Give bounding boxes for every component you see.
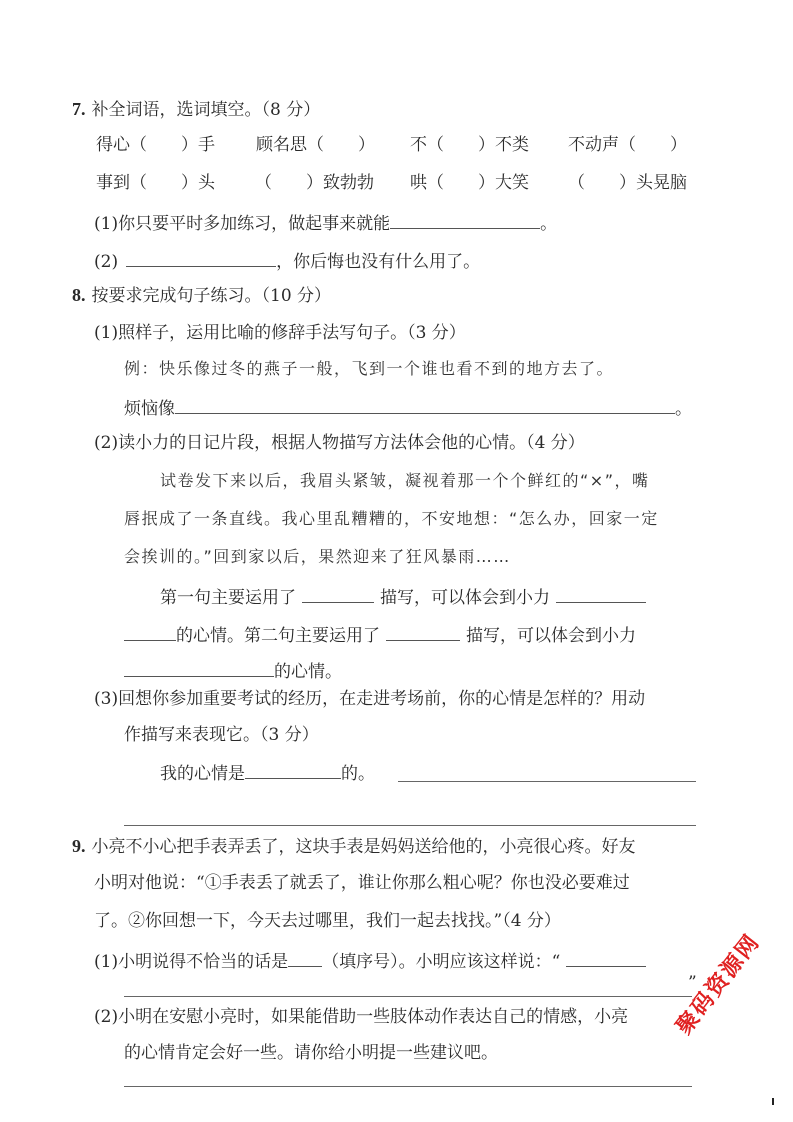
- part-text: (1)小明说得不恰当的话是: [94, 952, 288, 972]
- fill-text: 第一句主要运用了: [160, 588, 296, 608]
- q8-fill-line-1: 第一句主要运用了描写，可以体会到小力: [160, 584, 646, 609]
- q9-part2-line-1: (2)小明在安慰小亮时，如果能借助一些肢体动作表达自己的情感，小亮: [94, 1006, 628, 1028]
- idiom-blank[interactable]: （ ）头晃脑: [568, 172, 687, 194]
- answer-blank[interactable]: [566, 948, 646, 967]
- answer-blank[interactable]: [556, 584, 646, 603]
- idiom-blank[interactable]: 不动声（ ）: [568, 134, 687, 156]
- sentence-label: (2): [94, 252, 118, 272]
- answer-line[interactable]: [398, 781, 696, 782]
- fill-text: 描写，可以体会到小力: [466, 626, 636, 646]
- watermark: 聚码资源网: [668, 926, 766, 1040]
- idiom-blank[interactable]: （ ）致勃勃: [255, 172, 374, 194]
- answer-line[interactable]: [124, 1086, 692, 1087]
- page-mark: [772, 1098, 774, 1105]
- passage-line: 会挨训的。”回到家以后，果然迎来了狂风暴雨……: [124, 546, 511, 568]
- question-number: 7.: [72, 99, 86, 119]
- sentence-text: (1)你只要平时多加练习，做起事来就能: [94, 214, 390, 234]
- sentence-end: 。: [675, 399, 692, 419]
- q8-part3-title-2: 作描写来表现它。（3 分）: [124, 724, 319, 746]
- fill-text: 的心情。: [274, 662, 342, 682]
- question-title: 补全词语，选词填空。（8 分）: [92, 100, 321, 120]
- part-text: （填序号）。小明应该这样说：“: [322, 952, 560, 972]
- q7-heading: 7.补全词语，选词填空。（8 分）: [72, 98, 320, 121]
- q7-sentence-1: (1)你只要平时多加练习，做起事来就能。: [94, 210, 557, 235]
- fill-text: 描写，可以体会到小力: [380, 588, 550, 608]
- idiom-blank[interactable]: 事到（ ）头: [96, 172, 215, 194]
- q8-part3-title-1: (3)回想你参加重要考试的经历，在走进考场前，你的心情是怎样的？用动: [94, 688, 645, 710]
- q8-fill-line-3: 的心情。: [124, 658, 342, 683]
- q9-line-2: 小明对他说：“①手表丢了就丢了，谁让你那么粗心呢？你也没必要难过: [94, 872, 630, 894]
- q9-line-1: 9.小亮不小心把手表弄丢了，这块手表是妈妈送给他的，小亮很心疼。好友: [72, 835, 636, 858]
- sentence-text: ，你后悔也没有什么用了。: [276, 252, 480, 272]
- answer-blank[interactable]: [124, 658, 274, 677]
- answer-blank[interactable]: [175, 395, 675, 414]
- sentence-end: 。: [540, 214, 557, 234]
- q8-part3-prompt: 我的心情是的。: [160, 760, 375, 785]
- answer-blank[interactable]: [124, 622, 176, 641]
- q9-line-3: 了。②你回想一下，今天去过哪里，我们一起去找找。”（4 分）: [94, 910, 561, 932]
- q9-part2-line-2: 的心情肯定会好一些。请你给小明提一些建议吧。: [124, 1042, 498, 1064]
- answer-line[interactable]: [124, 825, 696, 826]
- prompt-text: 我的心情是: [160, 764, 245, 784]
- question-text: 小亮不小心把手表弄丢了，这块手表是妈妈送给他的，小亮很心疼。好友: [92, 837, 636, 857]
- q8-heading: 8.按要求完成句子练习。（10 分）: [72, 284, 331, 307]
- q8-fill-line-2: 的心情。第二句主要运用了描写，可以体会到小力: [124, 622, 636, 647]
- answer-line[interactable]: [124, 996, 692, 997]
- answer-blank[interactable]: [390, 210, 540, 229]
- question-title: 按要求完成句子练习。（10 分）: [92, 286, 332, 306]
- q8-part1-title: (1)照样子，运用比喻的修辞手法写句子。（3 分）: [94, 322, 466, 344]
- answer-blank[interactable]: [245, 760, 341, 779]
- idiom-blank[interactable]: 哄（ ）大笑: [410, 172, 529, 194]
- q8-part1-prompt: 烦恼像。: [124, 395, 692, 420]
- question-number: 9.: [72, 836, 86, 856]
- q7-sentence-2: (2)，你后悔也没有什么用了。: [94, 248, 480, 273]
- answer-blank[interactable]: [302, 584, 374, 603]
- question-number: 8.: [72, 285, 86, 305]
- q8-example: 例：快乐像过冬的燕子一般，飞到一个谁也看不到的地方去了。: [124, 358, 614, 380]
- prompt-text: 的。: [341, 764, 375, 784]
- passage-line: 唇抿成了一条直线。我心里乱糟糟的，不安地想：“怎么办，回家一定: [124, 508, 659, 530]
- passage-line: 试卷发下来以后，我眉头紧皱，凝视着那一个个鲜红的“×”，嘴: [160, 470, 650, 492]
- answer-blank[interactable]: [126, 248, 276, 267]
- prompt-text: 烦恼像: [124, 399, 175, 419]
- answer-blank[interactable]: [288, 948, 322, 967]
- q9-part1: (1)小明说得不恰当的话是（填序号）。小明应该这样说：“: [94, 948, 646, 973]
- idiom-blank[interactable]: 不（ ）不类: [410, 134, 529, 156]
- answer-blank[interactable]: [386, 622, 460, 641]
- idiom-blank[interactable]: 得心（ ）手: [96, 134, 215, 156]
- q8-part2-title: (2)读小力的日记片段，根据人物描写方法体会他的心情。（4 分）: [94, 432, 585, 454]
- idiom-blank[interactable]: 顾名思（ ）: [256, 134, 375, 156]
- fill-text: 的心情。第二句主要运用了: [176, 626, 380, 646]
